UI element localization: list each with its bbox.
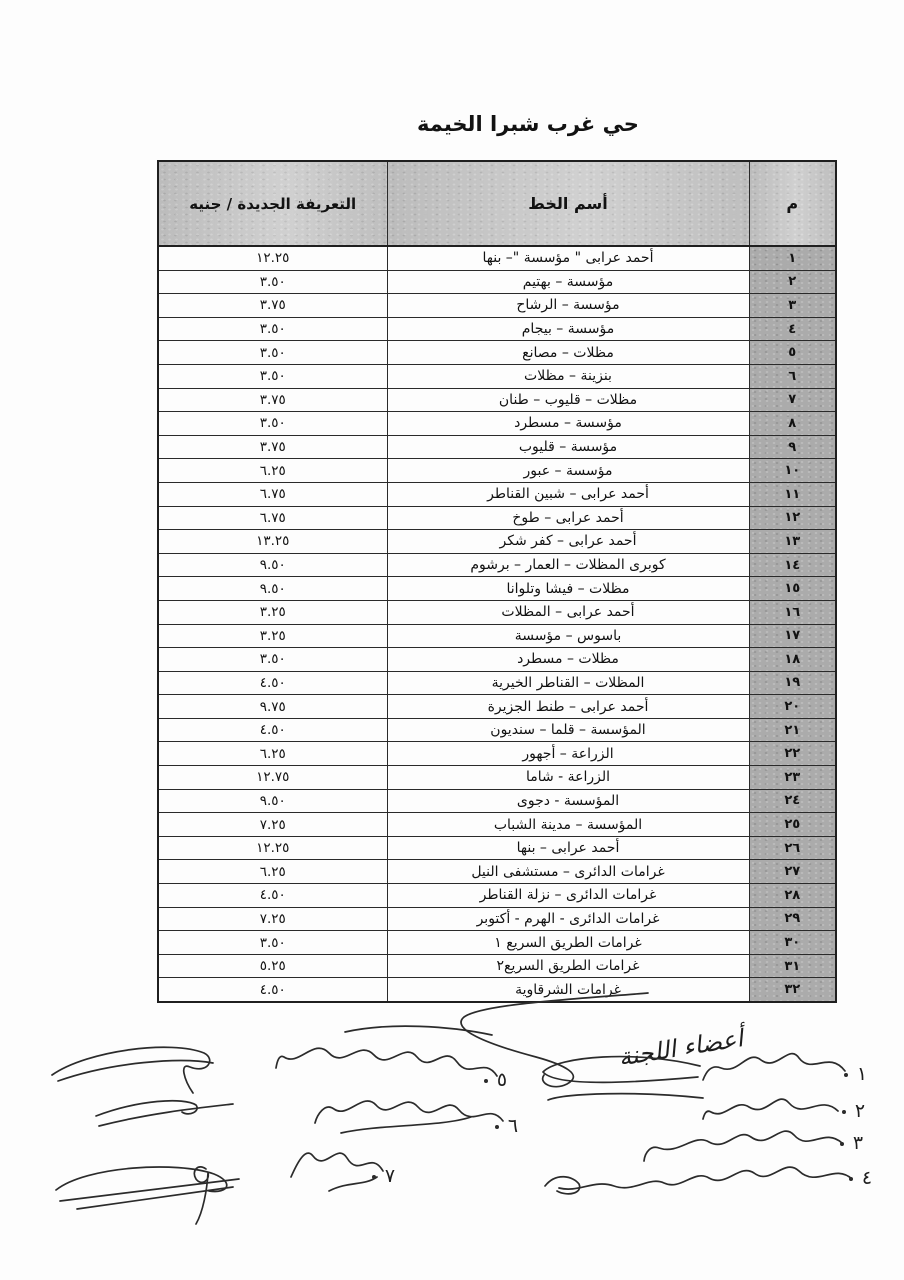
table-row: ٢٥المؤسسة – مدينة الشباب٧.٢٥ [158, 813, 836, 837]
tariff-value: ٣.٥٠ [158, 648, 387, 672]
table-row: ١١أحمد عرابى – شبين القناطر٦.٧٥ [158, 482, 836, 506]
line-name: غرامات الدائرى – مستشفى النيل [387, 860, 749, 884]
tariff-value: ١٣.٢٥ [158, 530, 387, 554]
tariff-value: ٤.٥٠ [158, 884, 387, 908]
row-number: ٧ [749, 388, 836, 412]
line-name: باسوس – مؤسسة [387, 624, 749, 648]
tariff-value: ٤.٥٠ [158, 718, 387, 742]
committee-members-label: أعضاء اللجنة [616, 1022, 749, 1072]
row-number: ٣١ [749, 954, 836, 978]
row-number: ٢١ [749, 718, 836, 742]
tariff-value: ٣.٥٠ [158, 317, 387, 341]
row-number: ٢٥ [749, 813, 836, 837]
tariff-value: ٤.٥٠ [158, 671, 387, 695]
row-number: ٢٣ [749, 766, 836, 790]
table-row: ١٠مؤسسة – عبور٦.٢٥ [158, 459, 836, 483]
header-row: م أسم الخط التعريفة الجديدة / جنيه [158, 161, 836, 246]
signature-dash-1 [844, 1073, 848, 1077]
row-number: ١٩ [749, 671, 836, 695]
tariff-value: ٩.٥٠ [158, 553, 387, 577]
table-row: ١٨مظلات – مسطرد٣.٥٠ [158, 648, 836, 672]
line-name: الزراعة - شاما [387, 766, 749, 790]
tariff-table: م أسم الخط التعريفة الجديدة / جنيه ١أحمد… [157, 160, 837, 1003]
tariff-value: ٣.٢٥ [158, 624, 387, 648]
table-row: ٢٢الزراعة – أجهور٦.٢٥ [158, 742, 836, 766]
tariff-value: ٦.٢٥ [158, 742, 387, 766]
tariff-value: ٣.٥٠ [158, 270, 387, 294]
line-name: الزراعة – أجهور [387, 742, 749, 766]
row-number: ٣ [749, 294, 836, 318]
scanned-document-page: حي غرب شبرا الخيمة م أسم الخط التعريفة ا… [0, 0, 904, 1280]
line-name: أحمد عرابى – طنط الجزيرة [387, 695, 749, 719]
table-row: ١٥مظلات – فيشا وتلوانا٩.٥٠ [158, 577, 836, 601]
line-name: أحمد عرابى – شبين القناطر [387, 482, 749, 506]
row-number: ٤ [749, 317, 836, 341]
row-number: ١٦ [749, 600, 836, 624]
tariff-value: ٩.٥٠ [158, 577, 387, 601]
table-row: ٢٨غرامات الدائرى – نزلة القناطر٤.٥٠ [158, 884, 836, 908]
document-title: حي غرب شبرا الخيمة [189, 112, 867, 136]
line-name: مظلات – قليوب – طنان [387, 388, 749, 412]
signature-number-7: ٧ [385, 1165, 395, 1187]
tariff-value: ١٢.٢٥ [158, 246, 387, 270]
line-name: مؤسسة – الرشاح [387, 294, 749, 318]
row-number: ١٢ [749, 506, 836, 530]
tariff-value: ٩.٧٥ [158, 695, 387, 719]
table-row: ١٦أحمد عرابى – المظلات٣.٢٥ [158, 600, 836, 624]
row-number: ١٣ [749, 530, 836, 554]
table-row: ٤مؤسسة – بيجام٣.٥٠ [158, 317, 836, 341]
line-name: مؤسسة – عبور [387, 459, 749, 483]
signature-number-5: ٥ [497, 1069, 507, 1091]
signature-number-3: ٣ [853, 1132, 863, 1154]
table-row: ٣٠غرامات الطريق السريع ١٣.٥٠ [158, 931, 836, 955]
table-row: ٨مؤسسة – مسطرد٣.٥٠ [158, 412, 836, 436]
row-number: ٩ [749, 435, 836, 459]
signature-scribble-4 [559, 1167, 852, 1189]
row-number: ١٧ [749, 624, 836, 648]
row-number: ٢٤ [749, 789, 836, 813]
line-name: مظلات – مسطرد [387, 648, 749, 672]
table-row: ٦بنزينة – مظلات٣.٥٠ [158, 364, 836, 388]
signature-scribble-3 [644, 1131, 842, 1161]
signature-number-6: ٦ [508, 1115, 518, 1137]
table-row: ٧مظلات – قليوب – طنان٣.٧٥ [158, 388, 836, 412]
signature-dash-2 [842, 1110, 846, 1114]
line-name: مؤسسة – بيجام [387, 317, 749, 341]
signature-scribble-left-3 [56, 1167, 239, 1224]
signature-number-1: ١ [857, 1063, 867, 1085]
table-row: ١٤كوبرى المظلات – العمار – برشوم٩.٥٠ [158, 553, 836, 577]
row-number: ١٠ [749, 459, 836, 483]
signature-dash-5 [484, 1079, 488, 1083]
table-row: ٢٦أحمد عرابى – بنها١٢.٢٥ [158, 836, 836, 860]
signature-scribble-5 [276, 1026, 497, 1076]
pen-flourish-strike [461, 993, 648, 1087]
header-line-name: أسم الخط [387, 161, 749, 246]
tariff-value: ٧.٢٥ [158, 907, 387, 931]
row-number: ٦ [749, 364, 836, 388]
line-name: أحمد عرابى – المظلات [387, 600, 749, 624]
line-name: غرامات الطريق السريع ١ [387, 931, 749, 955]
table-row: ٣١غرامات الطريق السريع٢٥.٢٥ [158, 954, 836, 978]
line-name: أحمد عرابى – طوخ [387, 506, 749, 530]
signature-scribble-left-2 [96, 1101, 233, 1126]
table-row: ٢٧غرامات الدائرى – مستشفى النيل٦.٢٥ [158, 860, 836, 884]
line-name: كوبرى المظلات – العمار – برشوم [387, 553, 749, 577]
table-row: ١أحمد عرابى " مؤسسة "– بنها١٢.٢٥ [158, 246, 836, 270]
table-row: ١٣أحمد عرابى – كفر شكر١٣.٢٥ [158, 530, 836, 554]
table-row: ٢مؤسسة – بهتيم٣.٥٠ [158, 270, 836, 294]
tariff-value: ٦.٢٥ [158, 860, 387, 884]
signature-dash-6 [495, 1125, 499, 1129]
table-row: ١٢أحمد عرابى – طوخ٦.٧٥ [158, 506, 836, 530]
line-name: مظلات – مصانع [387, 341, 749, 365]
signature-scribble-left-1 [52, 1047, 213, 1093]
tariff-value: ٣.٥٠ [158, 412, 387, 436]
line-name: المؤسسة - دجوى [387, 789, 749, 813]
row-number: ٨ [749, 412, 836, 436]
row-number: ١١ [749, 482, 836, 506]
line-name: المؤسسة – مدينة الشباب [387, 813, 749, 837]
tariff-value: ٦.٧٥ [158, 482, 387, 506]
row-number: ٢٠ [749, 695, 836, 719]
row-number: ٢٨ [749, 884, 836, 908]
row-number: ٢٧ [749, 860, 836, 884]
line-name: مظلات – فيشا وتلوانا [387, 577, 749, 601]
table-row: ٥مظلات – مصانع٣.٥٠ [158, 341, 836, 365]
line-name: مؤسسة – بهتيم [387, 270, 749, 294]
tariff-value: ٣.٧٥ [158, 388, 387, 412]
tariff-value: ٥.٢٥ [158, 954, 387, 978]
line-name: غرامات الطريق السريع٢ [387, 954, 749, 978]
line-name: مؤسسة – مسطرد [387, 412, 749, 436]
row-number: ١٤ [749, 553, 836, 577]
table-row: ٩مؤسسة – قليوب٣.٧٥ [158, 435, 836, 459]
line-name: أحمد عرابى " مؤسسة "– بنها [387, 246, 749, 270]
tariff-value: ١٢.٧٥ [158, 766, 387, 790]
row-number: ٢٦ [749, 836, 836, 860]
signature-scribble-6 [315, 1101, 503, 1133]
line-name: أحمد عرابى – كفر شكر [387, 530, 749, 554]
line-name: المؤسسة – قلما – سنديون [387, 718, 749, 742]
tariff-value: ١٢.٢٥ [158, 836, 387, 860]
tariff-value: ٩.٥٠ [158, 789, 387, 813]
signature-scribble-2 [703, 1099, 838, 1119]
tariff-value: ٦.٢٥ [158, 459, 387, 483]
signature-scribble-7 [291, 1153, 580, 1194]
table-row: ٣مؤسسة – الرشاح٣.٧٥ [158, 294, 836, 318]
table-row: ٢٠أحمد عرابى – طنط الجزيرة٩.٧٥ [158, 695, 836, 719]
tariff-value: ٦.٧٥ [158, 506, 387, 530]
line-name: المظلات – القناطر الخيرية [387, 671, 749, 695]
row-number: ٢٩ [749, 907, 836, 931]
row-number: ٢٢ [749, 742, 836, 766]
tariff-value: ٣.٢٥ [158, 600, 387, 624]
table-body: ١أحمد عرابى " مؤسسة "– بنها١٢.٢٥٢مؤسسة –… [158, 246, 836, 1002]
tariff-value: ٣.٥٠ [158, 364, 387, 388]
signature-number-2: ٢ [855, 1100, 865, 1122]
table-row: ١٩المظلات – القناطر الخيرية٤.٥٠ [158, 671, 836, 695]
header-new-tariff: التعريفة الجديدة / جنيه [158, 161, 387, 246]
signature-scribble-1 [703, 1054, 845, 1080]
tariff-value: ٣.٥٠ [158, 931, 387, 955]
tariff-value: ٣.٧٥ [158, 435, 387, 459]
table-row: ٢١المؤسسة – قلما – سنديون٤.٥٠ [158, 718, 836, 742]
tariff-value: ٣.٧٥ [158, 294, 387, 318]
signatures-area: أعضاء اللجنة ١ ٢ ٣ ٤ ٥ ٦ ٧ [0, 980, 904, 1280]
row-number: ١٥ [749, 577, 836, 601]
row-number: ١٨ [749, 648, 836, 672]
row-number: ١ [749, 246, 836, 270]
row-number: ٢ [749, 270, 836, 294]
table-row: ٢٣الزراعة - شاما١٢.٧٥ [158, 766, 836, 790]
tariff-value: ٧.٢٥ [158, 813, 387, 837]
tariff-value: ٣.٥٠ [158, 341, 387, 365]
line-name: بنزينة – مظلات [387, 364, 749, 388]
signature-number-4: ٤ [862, 1167, 872, 1189]
table-row: ٢٩غرامات الدائرى - الهرم - أكتوبر٧.٢٥ [158, 907, 836, 931]
table-row: ١٧باسوس – مؤسسة٣.٢٥ [158, 624, 836, 648]
line-name: غرامات الدائرى – نزلة القناطر [387, 884, 749, 908]
line-name: غرامات الدائرى - الهرم - أكتوبر [387, 907, 749, 931]
table-header: م أسم الخط التعريفة الجديدة / جنيه [158, 161, 836, 246]
line-name: أحمد عرابى – بنها [387, 836, 749, 860]
line-name: مؤسسة – قليوب [387, 435, 749, 459]
header-number-column: م [749, 161, 836, 246]
row-number: ٣٠ [749, 931, 836, 955]
table-row: ٢٤المؤسسة - دجوى٩.٥٠ [158, 789, 836, 813]
row-number: ٥ [749, 341, 836, 365]
